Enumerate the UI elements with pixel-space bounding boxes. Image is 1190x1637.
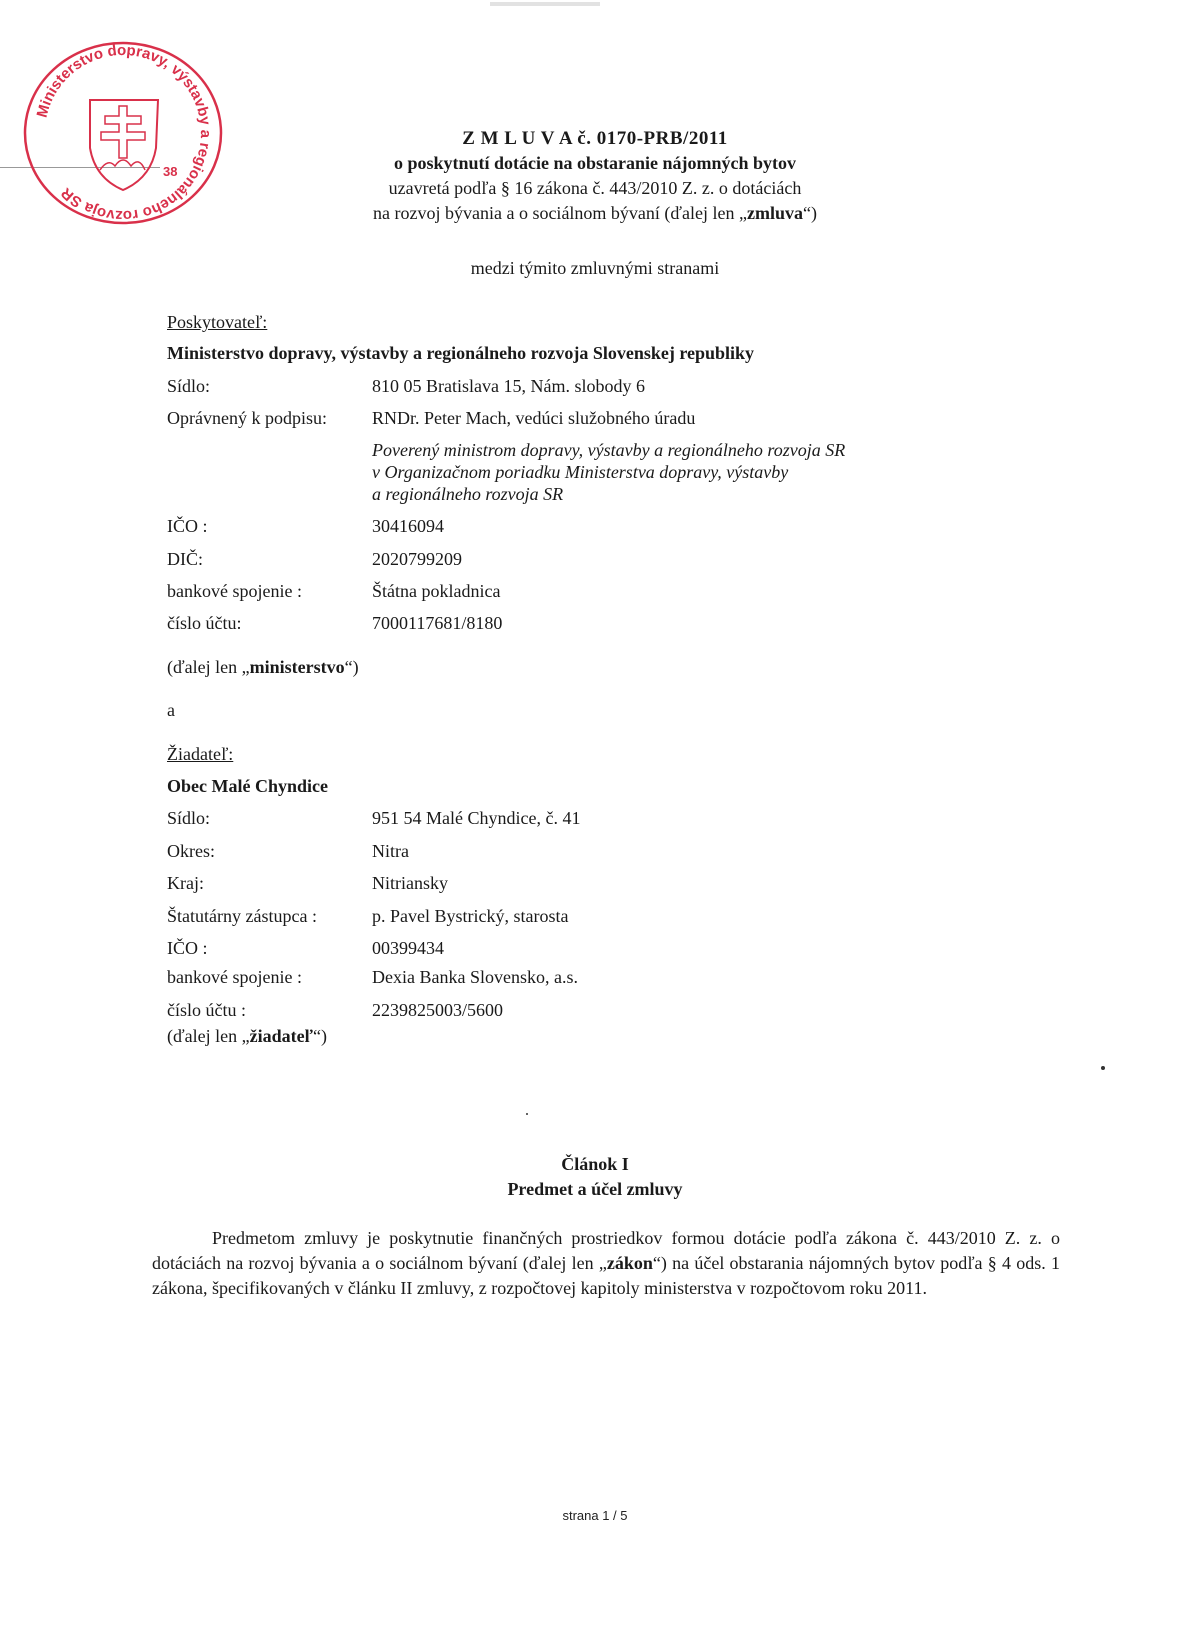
legal-basis: uzavretá podľa § 16 zákona č. 443/2010 Z… (0, 178, 1190, 199)
document-subtitle: o poskytnutí dotácie na obstaranie nájom… (0, 153, 1190, 174)
applicant-label-district: Okres: (167, 841, 215, 862)
applicant-label-account: číslo účtu : (167, 1000, 246, 1021)
provider-heading: Poskytovateľ: (167, 312, 267, 333)
provider-label-account: číslo účtu: (167, 613, 242, 634)
applicant-alias: (ďalej len „žiadateľ“) (167, 1026, 327, 1047)
scan-speck (1101, 1066, 1105, 1070)
applicant-heading: Žiadateľ: (167, 744, 233, 765)
applicant-ico: 00399434 (372, 938, 444, 959)
page-number: strana 1 / 5 (0, 1508, 1190, 1523)
conjunction: a (167, 700, 175, 721)
authorization-line-3: a regionálneho rozvoja SR (372, 484, 563, 505)
article-title: Predmet a účel zmluvy (0, 1179, 1190, 1200)
provider-dic: 2020799209 (372, 549, 462, 570)
applicant-account: 2239825003/5600 (372, 1000, 503, 1021)
authorization-line-1: Poverený ministrom dopravy, výstavby a r… (372, 440, 845, 461)
provider-label-bank: bankové spojenie : (167, 581, 302, 602)
applicant-seat: 951 54 Malé Chyndice, č. 41 (372, 808, 580, 829)
scan-artifact (490, 2, 600, 6)
applicant-representative: p. Pavel Bystrický, starosta (372, 906, 568, 927)
provider-seat: 810 05 Bratislava 15, Nám. slobody 6 (372, 376, 645, 397)
provider-label-ico: IČO : (167, 516, 208, 537)
applicant-label-bank: bankové spojenie : (167, 967, 302, 988)
applicant-district: Nitra (372, 841, 409, 862)
article-number: Článok I (0, 1154, 1190, 1175)
provider-ico: 30416094 (372, 516, 444, 537)
provider-label-dic: DIČ: (167, 549, 203, 570)
provider-name: Ministerstvo dopravy, výstavby a regioná… (167, 343, 754, 364)
applicant-region: Nitriansky (372, 873, 448, 894)
provider-account: 7000117681/8180 (372, 613, 502, 634)
provider-bank: Štátna pokladnica (372, 581, 500, 602)
applicant-label-representative: Štatutárny zástupca : (167, 906, 317, 927)
parties-intro: medzi týmito zmluvnými stranami (0, 258, 1190, 279)
provider-label-signatory: Oprávnený k podpisu: (167, 408, 327, 429)
provider-signatory: RNDr. Peter Mach, vedúci služobného úrad… (372, 408, 695, 429)
scan-speck (526, 1113, 528, 1115)
document-title: Z M L U V A č. 0170-PRB/2011 (0, 128, 1190, 150)
provider-label-seat: Sídlo: (167, 376, 210, 397)
applicant-bank: Dexia Banka Slovensko, a.s. (372, 967, 578, 988)
applicant-name: Obec Malé Chyndice (167, 776, 328, 797)
article-paragraph: Predmetom zmluvy je poskytnutie finančný… (152, 1226, 1060, 1301)
applicant-label-ico: IČO : (167, 938, 208, 959)
authorization-line-2: v Organizačnom poriadku Ministerstva dop… (372, 462, 788, 483)
provider-alias: (ďalej len „ministerstvo“) (167, 657, 359, 678)
legal-basis-cont: na rozvoj bývania a o sociálnom bývaní (… (0, 203, 1190, 224)
applicant-label-region: Kraj: (167, 873, 204, 894)
applicant-label-seat: Sídlo: (167, 808, 210, 829)
